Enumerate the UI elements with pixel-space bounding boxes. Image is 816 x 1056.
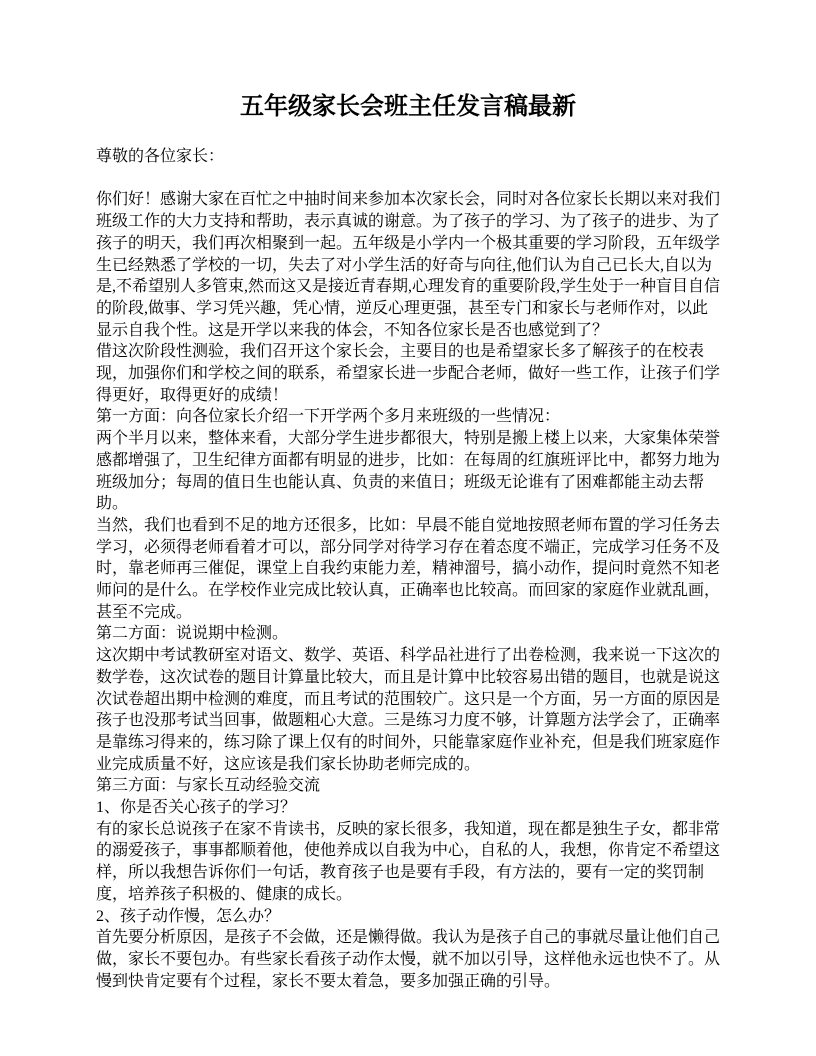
paragraph: 第三方面：与家长互动经验交流 bbox=[96, 775, 720, 797]
document-title: 五年级家长会班主任发言稿最新 bbox=[96, 92, 720, 122]
paragraph: 有的家长总说孩子在家不肯读书，反映的家长很多，我知道，现在都是独生子女，都非常的… bbox=[96, 819, 720, 906]
document-page: 五年级家长会班主任发言稿最新 尊敬的各位家长：你们好！感谢大家在百忙之中抽时间来… bbox=[0, 0, 816, 1056]
paragraph: 当然，我们也看到不足的地方还很多，比如：早晨不能自觉地按照老师布置的学习任务去学… bbox=[96, 515, 720, 624]
paragraph: 首先要分析原因，是孩子不会做，还是懒得做。我认为是孩子自己的事就尽量让他们自己做… bbox=[96, 927, 720, 992]
paragraph: 第二方面：说说期中检测。 bbox=[96, 623, 720, 645]
paragraph: 这次期中考试教研室对语文、数学、英语、科学品社进行了出卷检测，我来说一下这次的数… bbox=[96, 645, 720, 775]
paragraph: 第一方面：向各位家长介绍一下开学两个多月来班级的一些情况： bbox=[96, 406, 720, 428]
paragraph: 2、孩子动作慢，怎么办？ bbox=[96, 906, 720, 928]
paragraph: 你们好！感谢大家在百忙之中抽时间来参加本次家长会，同时对各位家长长期以来对我们班… bbox=[96, 189, 720, 341]
blank-line bbox=[96, 168, 720, 190]
document-body: 尊敬的各位家长：你们好！感谢大家在百忙之中抽时间来参加本次家长会，同时对各位家长… bbox=[96, 146, 720, 992]
paragraph: 尊敬的各位家长： bbox=[96, 146, 720, 168]
paragraph: 借这次阶段性测验，我们召开这个家长会，主要目的也是希望家长多了解孩子的在校表现，… bbox=[96, 341, 720, 406]
paragraph: 1、你是否关心孩子的学习？ bbox=[96, 797, 720, 819]
paragraph: 两个半月以来，整体来看，大部分学生进步都很大，特别是搬上楼上以来，大家集体荣誉感… bbox=[96, 428, 720, 515]
